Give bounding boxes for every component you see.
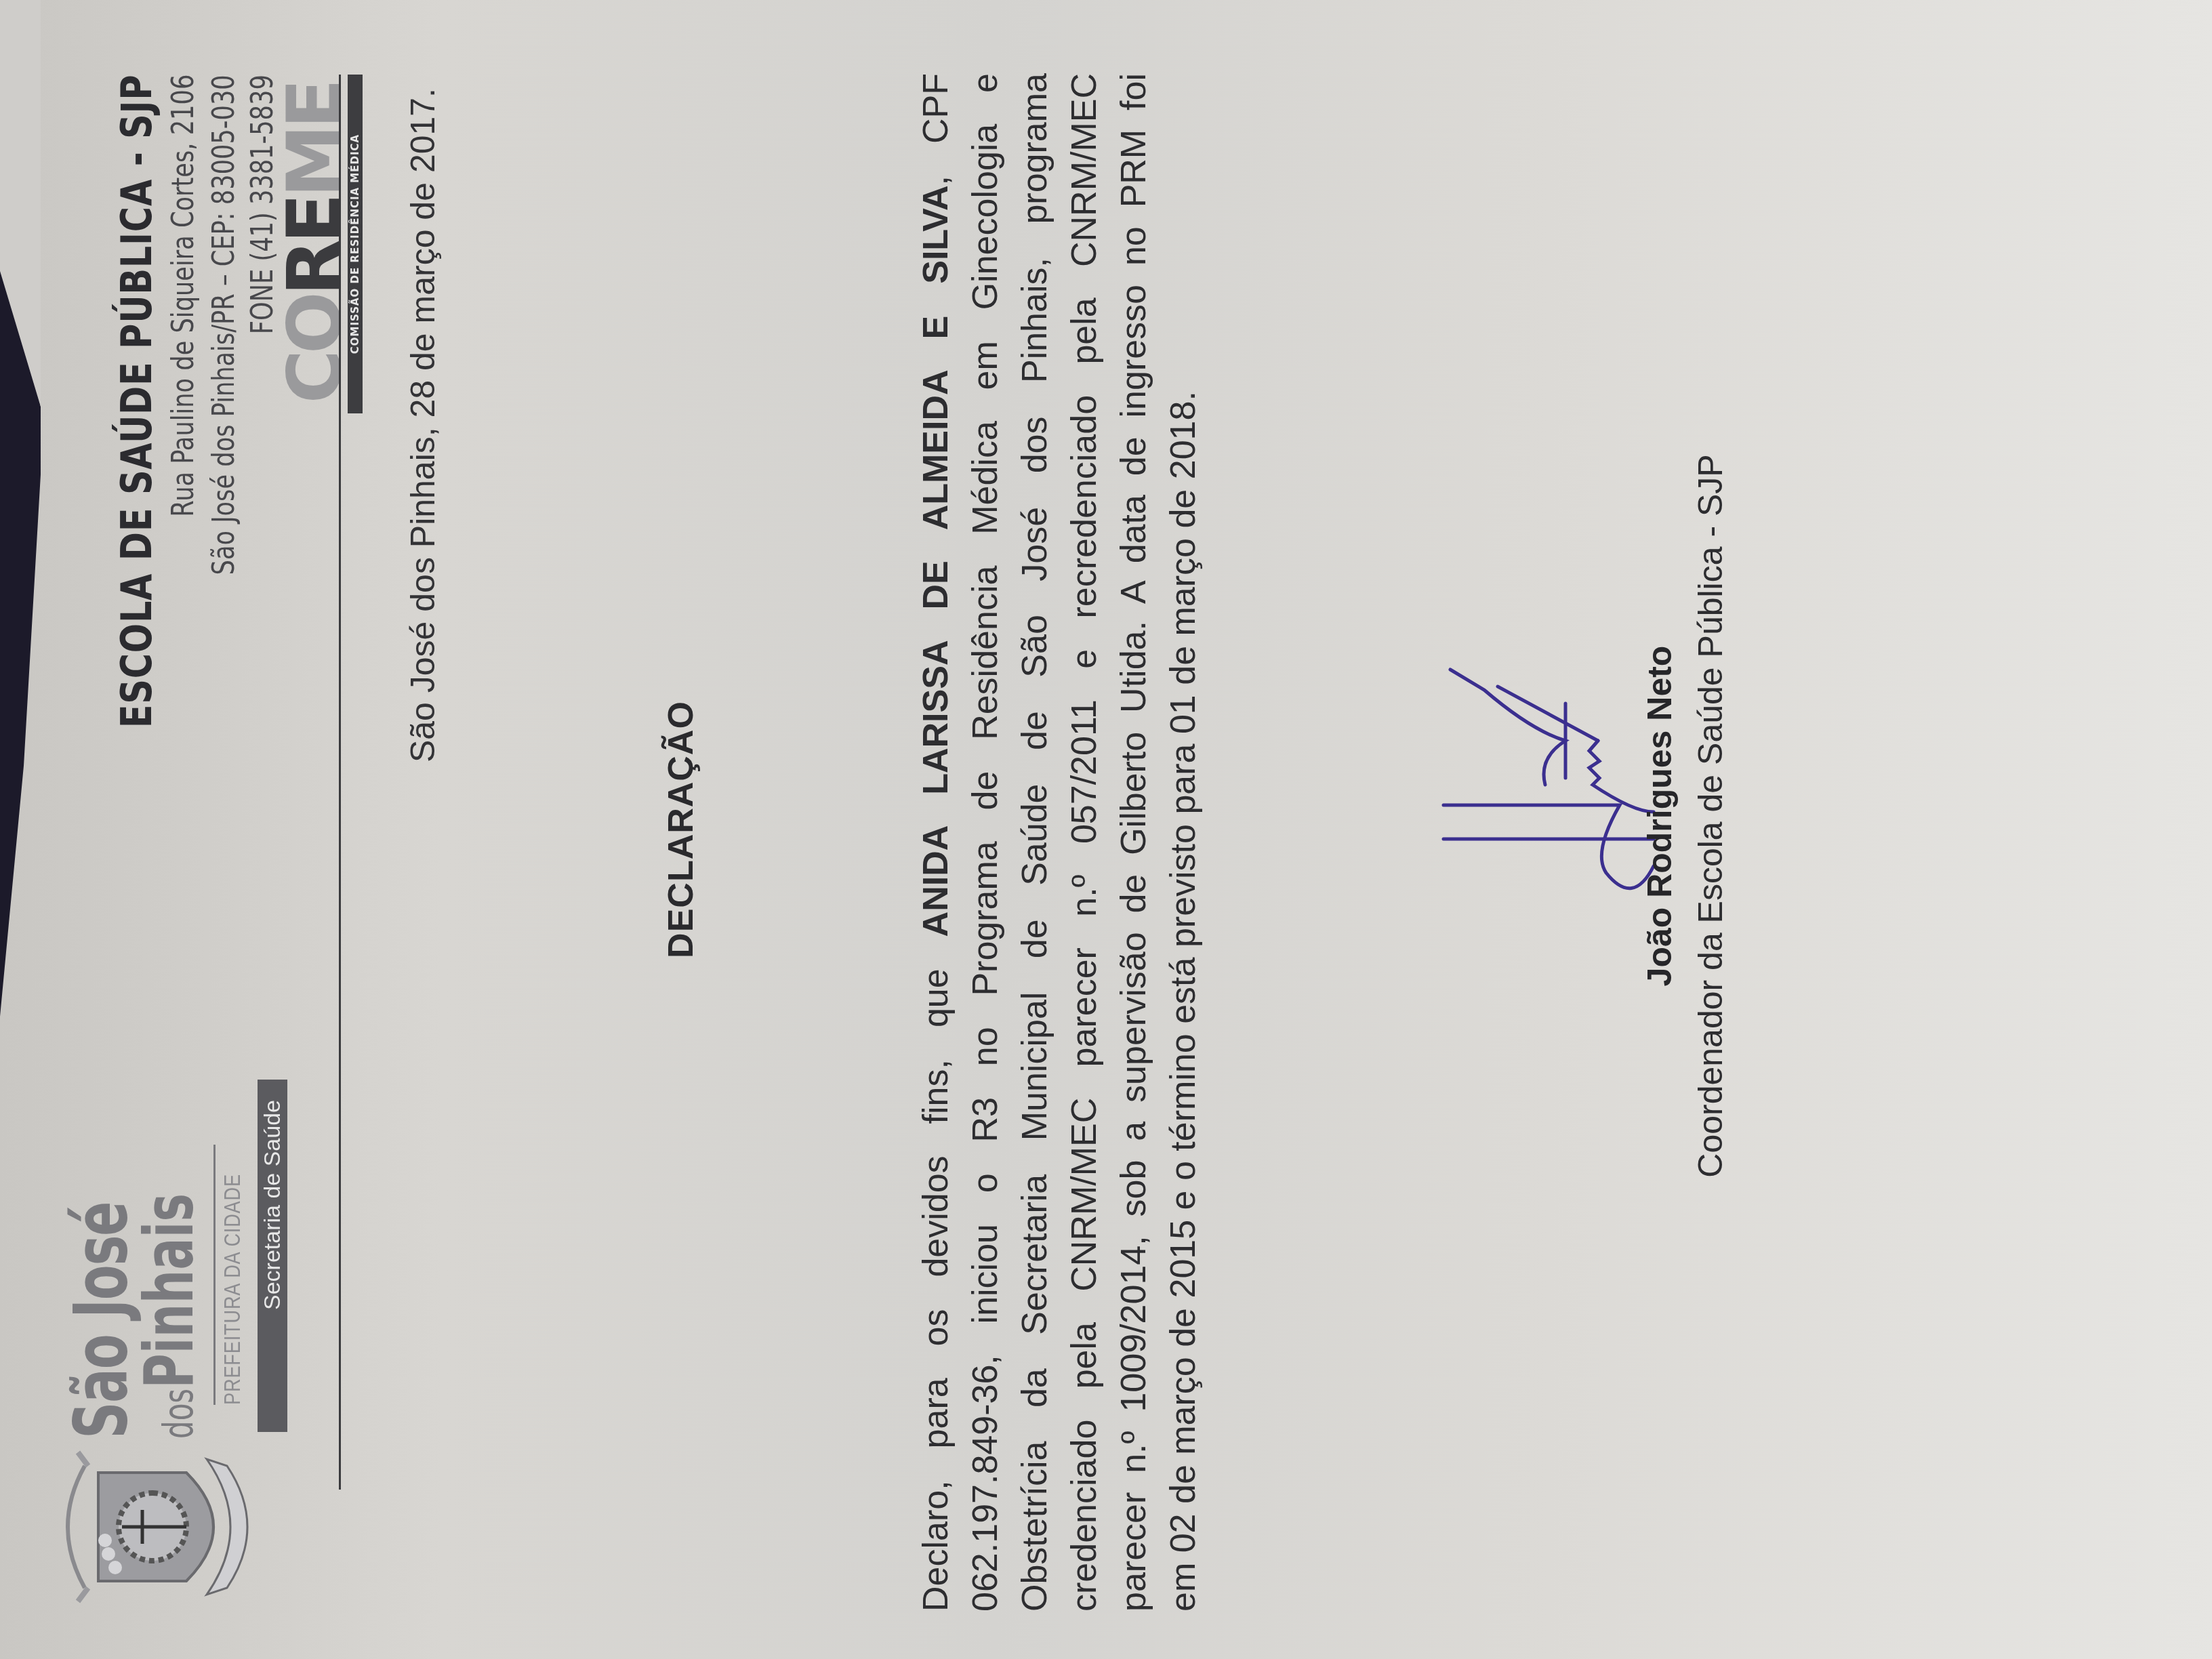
- prefeitura-subtitle: PREFEITURA DA CIDADE: [213, 1145, 246, 1405]
- institution-name: ESCOLA DE SAÚDE PÚBLICA - SJP: [112, 75, 161, 729]
- address-line: Rua Paulino de Siqueira Cortes, 2106: [166, 75, 201, 517]
- body-line: 062.197.849-36, iniciou o R3 no Programa…: [961, 73, 1010, 1612]
- signatory-name: João Rodrigues Neto: [1640, 0, 1679, 1659]
- declaration-body: Declaro, para os devidos fins, que ANIDA…: [912, 73, 1208, 1612]
- coat-of-arms-icon: [58, 1446, 261, 1608]
- secretaria-band: Secretaria de Saúde: [258, 1080, 287, 1432]
- body-line: parecer n.º 1009/2014, sob a supervisão …: [1109, 73, 1159, 1612]
- resident-name: ANIDA LARISSA DE ALMEIDA E SILVA: [916, 185, 956, 937]
- signatory-role: Coordenador da Escola de Saúde Pública -…: [1691, 0, 1730, 1659]
- city-name-dos: dos: [155, 1389, 203, 1439]
- municipal-logo: São José dosPinhais PREFEITURA DA CIDADE…: [58, 1161, 315, 1608]
- body-line: Declaro, para os devidos fins, que ANIDA…: [912, 73, 961, 1612]
- city-name-line1: São José: [64, 1202, 139, 1439]
- signature-icon: [1430, 588, 1674, 914]
- body-line: Obstetrícia da Secretaria Municipal de S…: [1010, 73, 1060, 1612]
- header-divider: [339, 75, 341, 1490]
- city-name-line2: dosPinhais: [142, 1193, 206, 1439]
- body-line: credenciado pela CNRM/MEC parecer n.º 05…: [1060, 73, 1109, 1612]
- document-page: São José dosPinhais PREFEITURA DA CIDADE…: [0, 0, 2212, 1659]
- body-line: em 02 de março de 2015 e o término está …: [1159, 73, 1208, 1612]
- city-cep-line: São José dos Pinhais/PR – CEP: 83005-030: [207, 75, 241, 575]
- city-name-pinhais: Pinhais: [129, 1193, 209, 1389]
- coreme-band: COMISSÃO DE RESIDÊNCIA MÉDICA: [348, 75, 363, 413]
- document-title: DECLARAÇÃO: [661, 0, 701, 1659]
- date-line: São José dos Pinhais, 28 de março de 201…: [403, 88, 443, 762]
- coreme-logo: COREME COMISSÃO DE RESIDÊNCIA MÉDICA: [281, 75, 363, 427]
